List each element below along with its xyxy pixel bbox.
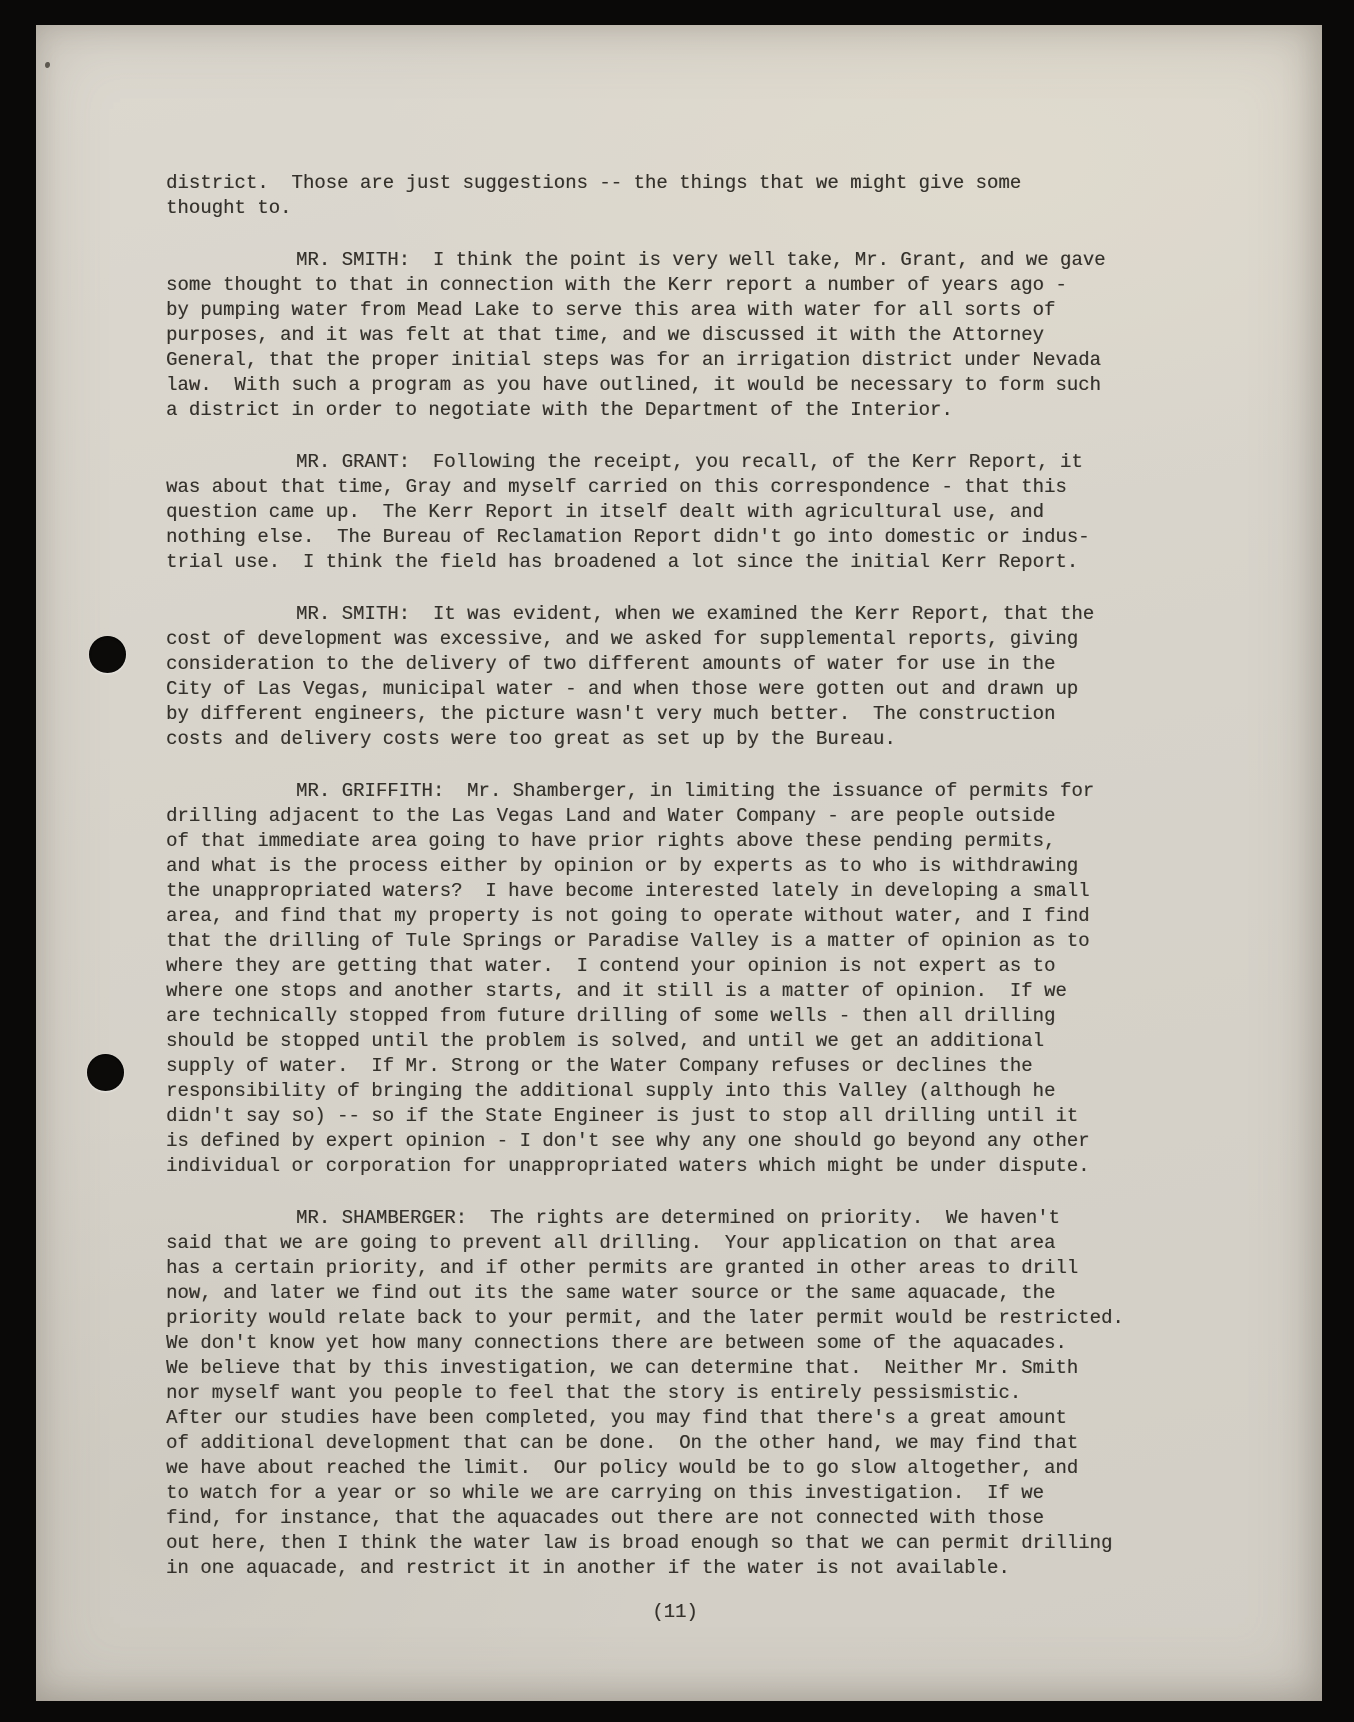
document-page: district. Those are just suggestions -- … xyxy=(36,25,1322,1701)
scanner-background: district. Those are just suggestions -- … xyxy=(0,0,1354,1722)
transcript-text: district. Those are just suggestions -- … xyxy=(166,171,1156,1625)
page-number: (11) xyxy=(166,1600,1156,1625)
paragraph-grant: MR. GRANT: Following the receipt, you re… xyxy=(166,450,1156,575)
paragraph-smith-1: MR. SMITH: I think the point is very wel… xyxy=(166,248,1156,423)
paragraph-shamberger: MR. SHAMBERGER: The rights are determine… xyxy=(166,1206,1156,1581)
paragraph-griffith: MR. GRIFFITH: Mr. Shamberger, in limitin… xyxy=(166,779,1156,1179)
hole-punch-top xyxy=(89,636,126,673)
paragraph-continuation: district. Those are just suggestions -- … xyxy=(166,171,1156,221)
hole-punch-bottom xyxy=(87,1054,124,1091)
scan-speck xyxy=(45,62,50,68)
paragraph-smith-2: MR. SMITH: It was evident, when we exami… xyxy=(166,602,1156,752)
